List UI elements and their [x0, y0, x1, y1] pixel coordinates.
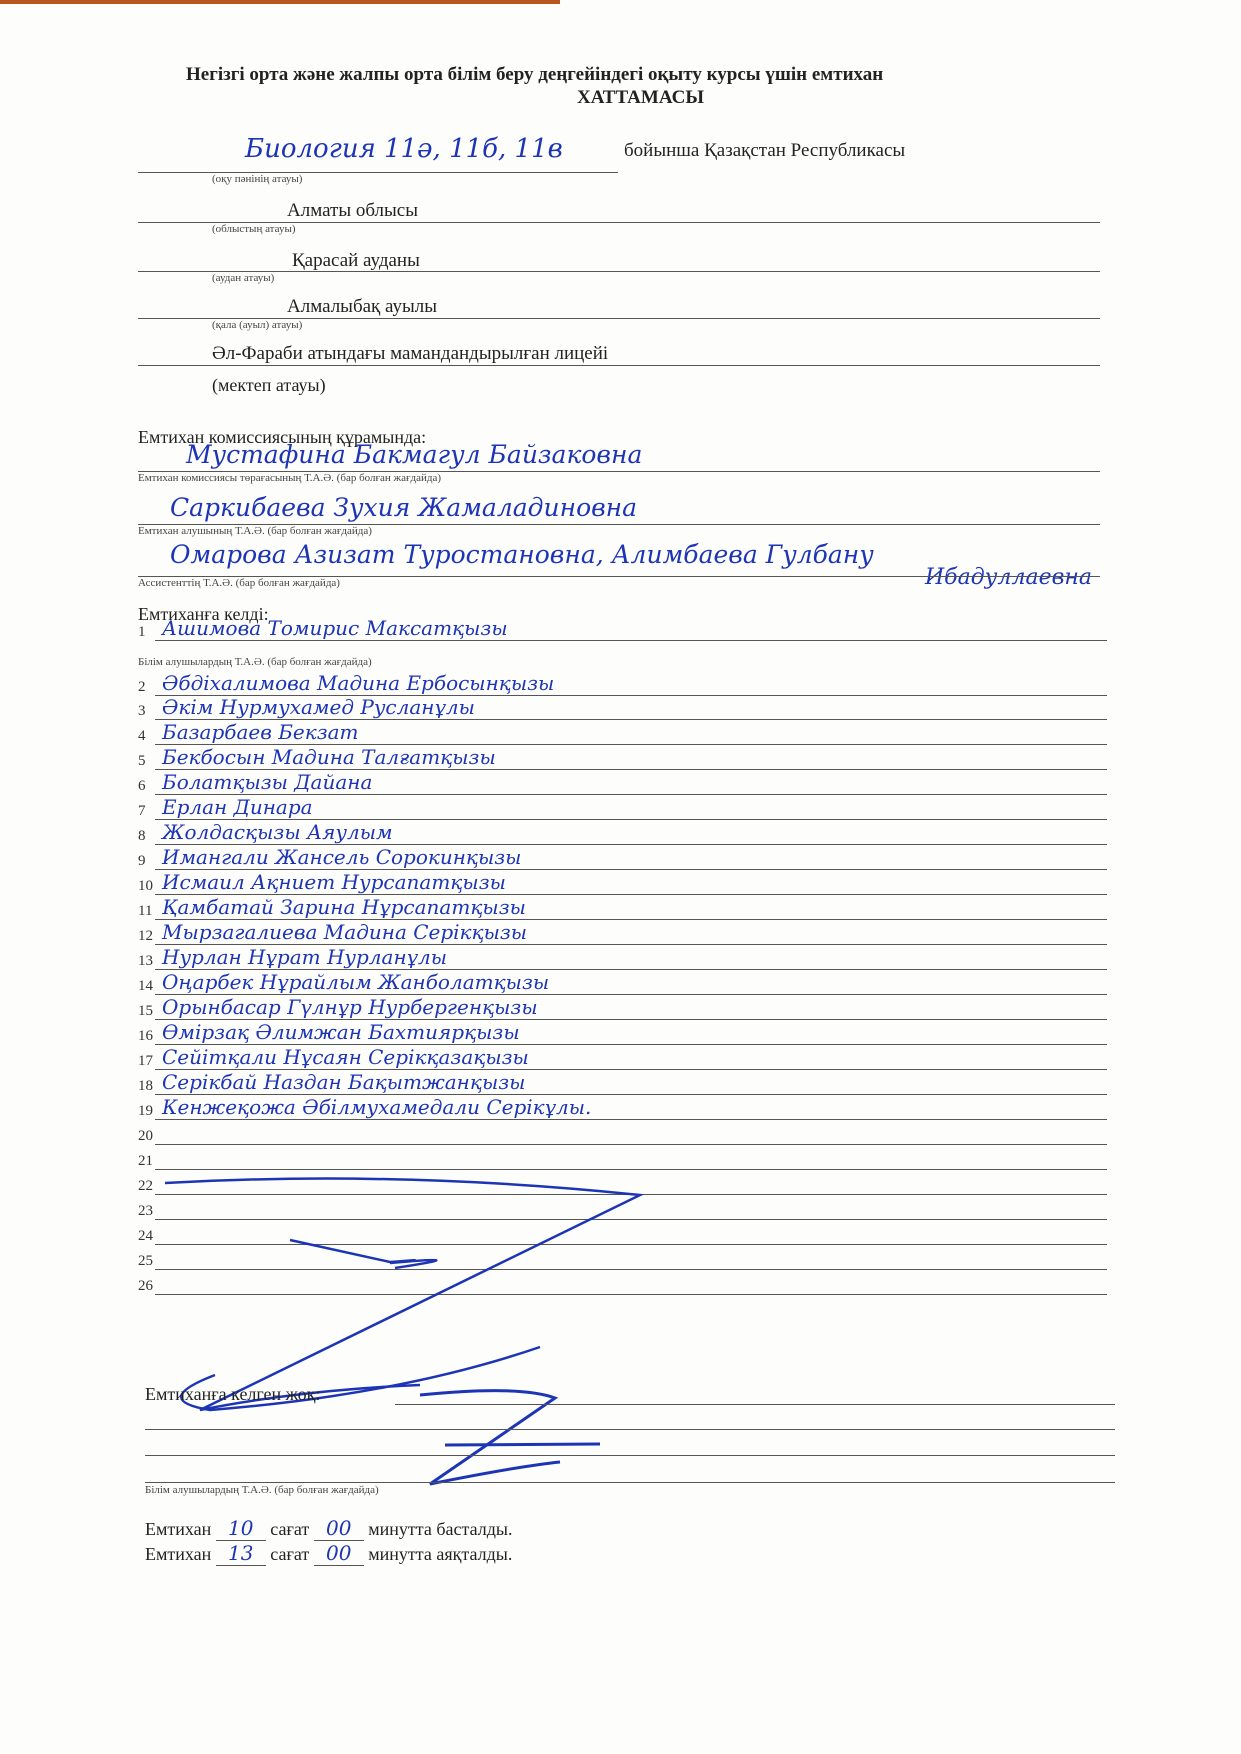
end-minute: 00	[314, 1541, 364, 1566]
start-hour: 10	[216, 1516, 266, 1541]
start-prefix: Емтихан	[145, 1519, 211, 1539]
absent-line-3	[145, 1455, 1115, 1456]
absent-line-1	[395, 1404, 1115, 1405]
start-hour-label: сағат	[270, 1519, 309, 1539]
end-time-row: Емтихан 13 сағат 00 минутта аяқталды.	[145, 1541, 512, 1566]
absent-line-4	[145, 1482, 1115, 1483]
start-minute: 00	[314, 1516, 364, 1541]
end-hour: 13	[216, 1541, 266, 1566]
end-prefix: Емтихан	[145, 1544, 211, 1564]
end-hour-label: сағат	[270, 1544, 309, 1564]
end-suffix: минутта аяқталды.	[368, 1544, 512, 1564]
start-suffix: минутта басталды.	[368, 1519, 512, 1539]
absent-heading: Емтиханға келген жоқ:	[145, 1384, 320, 1405]
absent-line-2	[145, 1429, 1115, 1430]
absent-caption: Білім алушылардың Т.А.Ә. (бар болған жағ…	[145, 1484, 379, 1496]
start-time-row: Емтихан 10 сағат 00 минутта басталды.	[145, 1516, 512, 1541]
